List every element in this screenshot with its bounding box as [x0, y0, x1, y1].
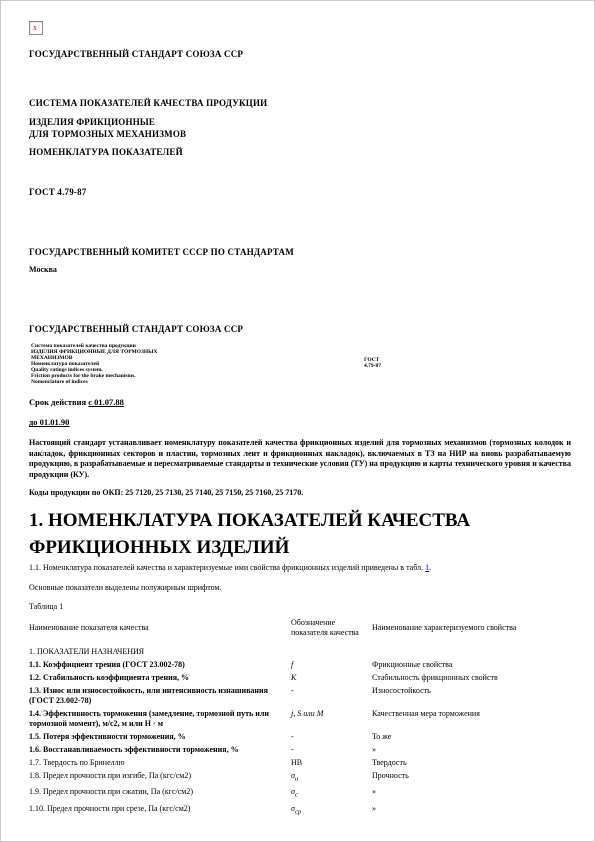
product-title-line2: ДЛЯ ТОРМОЗНЫХ МЕХАНИЗМОВ: [29, 129, 186, 139]
symbol-cell: f: [291, 658, 372, 671]
gost-reference: ГОСТ 4.79-87: [364, 357, 381, 369]
symbol-cell: σср: [291, 802, 372, 819]
property-cell: Фрикционные свойства: [372, 658, 574, 671]
symbol-cell: -: [291, 730, 372, 743]
indicator-name-cell: 1.8. Предел прочности при изгибе, Па (кг…: [29, 769, 291, 786]
clause-1-1-period: .: [429, 563, 431, 572]
symbol: j, S или М: [291, 709, 323, 718]
property-cell: Качественная мера торможения: [372, 707, 574, 730]
symbol: σср: [291, 804, 301, 813]
symbol: НВ: [291, 758, 302, 767]
property-cell: »: [372, 786, 574, 803]
symbol-cell: j, S или М: [291, 707, 372, 730]
table-section-row: 1. ПОКАЗАТЕЛИ НАЗНАЧЕНИЯ: [29, 645, 574, 658]
validity-from-link[interactable]: с 01.07.88: [88, 397, 124, 407]
indicator-name-cell: 1.9. Предел прочности при сжатии, Па (кг…: [29, 786, 291, 803]
table-row: 1.5. Потеря эффективности торможения, % …: [29, 730, 574, 743]
table-row: 1.1. Коэффициент трения (ГОСТ 23.002-78)…: [29, 658, 574, 671]
indicator-name-cell: 1.3. Износ или износостойкость, или инте…: [29, 684, 291, 707]
okp-codes-line: Коды продукции по ОКП: 25 7120, 25 7130,…: [29, 488, 303, 499]
validity-prefix: Срок действия: [29, 397, 86, 407]
table-caption: Таблица 1: [29, 602, 63, 613]
symbol-cell: НВ: [291, 756, 372, 769]
symbol: К: [291, 673, 296, 682]
table-row: 1.4. Эффективность торможения (замедлени…: [29, 707, 574, 730]
header-symbol: Обозначение показателя качества: [291, 618, 372, 645]
clause-1-1: 1.1. Номенклатура показателей качества и…: [29, 563, 571, 574]
symbol: σс: [291, 787, 298, 796]
document-page: { "colors": { "link_blue": "#0000cc", "b…: [0, 0, 595, 842]
symbol: σи: [291, 771, 298, 780]
intro-paragraph: Настоящий стандарт устанавливает номенкл…: [29, 438, 571, 480]
indicator-name-cell: 1.10. Предел прочности при срезе, Па (кг…: [29, 802, 291, 819]
property-cell: »: [372, 802, 574, 819]
symbol: f: [291, 660, 293, 669]
table-row: 1.6. Восстанавливаемость эффективности т…: [29, 743, 574, 756]
city-label: Москва: [29, 265, 57, 274]
property-cell: »: [372, 743, 574, 756]
indicator-name-cell: 1.2. Стабильность коэффициента трения, %: [29, 671, 291, 684]
standard-union-line: ГОСУДАРСТВЕННЫЙ СТАНДАРТ СОЮЗА ССР: [29, 49, 243, 59]
table-row: 1.8. Предел прочности при изгибе, Па (кг…: [29, 769, 574, 786]
indicator-name-cell: 1.7. Твердость по Бринеллю: [29, 756, 291, 769]
table-header-row: Наименование показателя качества Обознач…: [29, 618, 574, 645]
section-row-label: 1. ПОКАЗАТЕЛИ НАЗНАЧЕНИЯ: [29, 645, 574, 658]
gost-reference-line2: 4.79-87: [364, 363, 381, 369]
bold-note: Основные показатели выделены полужирным …: [29, 583, 222, 594]
table-row: 1.7. Твердость по Бринеллю НВ Твердость: [29, 756, 574, 769]
title-block-small: Система показателей качества продукции И…: [31, 343, 331, 385]
property-cell: Стабильность фрикционных свойств: [372, 671, 574, 684]
symbol-cell: -: [291, 684, 372, 707]
indicator-name-cell: 1.4. Эффективность торможения (замедлени…: [29, 707, 291, 730]
table-row: 1.10. Предел прочности при срезе, Па (кг…: [29, 802, 574, 819]
table-row: 1.3. Износ или износостойкость, или инте…: [29, 684, 574, 707]
standard-union-line-2: ГОСУДАРСТВЕННЫЙ СТАНДАРТ СОЮЗА ССР: [29, 324, 243, 334]
gost-number: ГОСТ 4.79-87: [29, 187, 87, 197]
symbol-cell: σи: [291, 769, 372, 786]
symbol: -: [291, 732, 294, 741]
section-1-heading: 1. НОМЕНКЛАТУРА ПОКАЗАТЕЛЕЙ КАЧЕСТВА ФРИ…: [29, 507, 529, 561]
property-cell: Твердость: [372, 756, 574, 769]
header-property: Наименование характеризуемого свойства: [372, 618, 574, 645]
validity-line-from: Срок действия с 01.07.88: [29, 397, 124, 407]
indicator-name-cell: 1.1. Коэффициент трения (ГОСТ 23.002-78): [29, 658, 291, 671]
symbol-cell: К: [291, 671, 372, 684]
nomenclature-line: НОМЕНКЛАТУРА ПОКАЗАТЕЛЕЙ: [29, 147, 183, 157]
table-row: 1.2. Стабильность коэффициента трения, %…: [29, 671, 574, 684]
product-title-line1: ИЗДЕЛИЯ ФРИКЦИОННЫЕ: [29, 117, 155, 127]
quality-indicators-table: Наименование показателя качества Обознач…: [29, 618, 574, 819]
validity-to-link[interactable]: до 01.01.90: [29, 417, 69, 427]
symbol: -: [291, 745, 294, 754]
title-en-line: Nomenclature of indices: [31, 379, 331, 385]
indicator-name-cell: 1.6. Восстанавливаемость эффективности т…: [29, 743, 291, 756]
symbol-cell: -: [291, 743, 372, 756]
clause-1-1-text: 1.1. Номенклатура показателей качества и…: [29, 563, 425, 572]
committee-line: ГОСУДАРСТВЕННЫЙ КОМИТЕТ СССР ПО СТАНДАРТ…: [29, 247, 294, 257]
property-cell: Прочность: [372, 769, 574, 786]
property-cell: Износостойкость: [372, 684, 574, 707]
quality-system-line: СИСТЕМА ПОКАЗАТЕЛЕЙ КАЧЕСТВА ПРОДУКЦИИ: [29, 98, 267, 108]
indicator-name-cell: 1.5. Потеря эффективности торможения, %: [29, 730, 291, 743]
symbol: -: [291, 686, 294, 695]
header-indicator-name: Наименование показателя качества: [29, 618, 291, 645]
validity-line-to: до 01.01.90: [29, 417, 69, 427]
table-body: 1. ПОКАЗАТЕЛИ НАЗНАЧЕНИЯ 1.1. Коэффициен…: [29, 645, 574, 819]
table-row: 1.9. Предел прочности при сжатии, Па (кг…: [29, 786, 574, 803]
symbol-cell: σс: [291, 786, 372, 803]
broken-image-icon: x: [29, 21, 43, 35]
property-cell: То же: [372, 730, 574, 743]
